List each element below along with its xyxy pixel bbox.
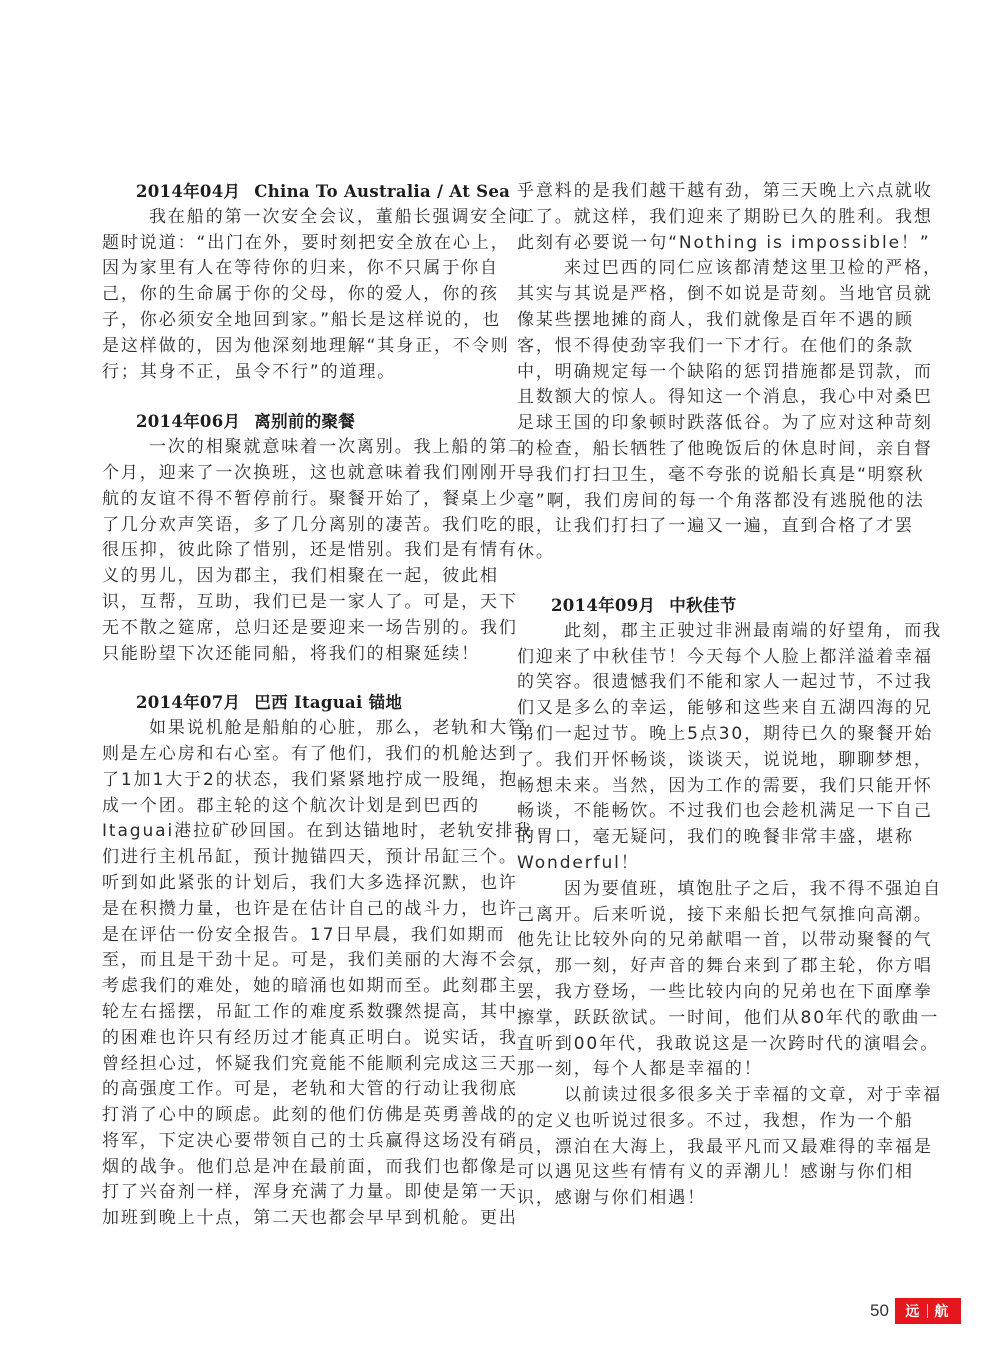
section-title: 巴西 Itaguai 锚地: [254, 693, 402, 712]
text-line: 听到如此紧张的计划后，我们大多选择沉默，也许: [102, 871, 482, 897]
text-line: 题时说道：“出门在外，要时刻把安全放在心上，: [102, 231, 482, 257]
section-title: 离别前的聚餐: [254, 412, 355, 431]
text-line: 乎意料的是我们越干越有劲，第三天晚上六点就收: [517, 179, 897, 205]
text-line: 工了。就这样，我们迎来了期盼已久的胜利。我想: [517, 205, 897, 231]
text-line: 至，而且是干劲十足。可是，我们美丽的大海不会: [102, 948, 482, 974]
text-line: 航的友谊不得不暂停前行。聚餐开始了，餐桌上少: [102, 487, 482, 513]
text-line: 了几分欢声笑语，多了几分离别的凄苦。我们吃的: [102, 513, 482, 539]
text-line: 识，互帮，互助，我们已是一家人了。可是，天下: [102, 590, 482, 616]
text-line: 以前读过很多很多关于幸福的文章，对于幸福: [517, 1083, 897, 1109]
text-line: 那一刻，每个人都是幸福的！: [517, 1057, 897, 1083]
section-heading: 2014年07月巴西 Itaguai 锚地: [102, 690, 482, 716]
text-line: 己离开。后来听说，接下来船长把气氛推向高潮。: [517, 903, 897, 929]
text-line: 员，漂泊在大海上，我最平凡而又最难得的幸福是: [517, 1135, 897, 1161]
text-line: 是这样做的，因为他深刻地理解“其身正，不令则: [102, 334, 482, 360]
text-line: Wonderful！: [517, 851, 897, 877]
text-line: 的高强度工作。可是，老轨和大管的行动让我彻底: [102, 1077, 482, 1103]
text-line: 直听到00年代，我敢说这是一次跨时代的演唱会。: [517, 1032, 897, 1058]
text-line: 的笑容。很遗憾我们不能和家人一起过节，不过我: [517, 670, 897, 696]
text-line: 眼，让我们打扫了一遍又一遍，直到合格了才罢: [517, 514, 897, 540]
text-line: 足球王国的印象顿时跌落低谷。为了应对这种苛刻: [517, 411, 897, 437]
brand-char-left: 远: [905, 1301, 921, 1321]
text-line: 的检查，船长牺牲了他晚饭后的休息时间，亲自督: [517, 437, 897, 463]
text-line: 轮左右摇摆，吊缸工作的难度系数骤然提高，其中: [102, 1000, 482, 1026]
brand-char-right: 航: [934, 1301, 950, 1321]
text-line: 如果说机舱是船舶的心脏，那么，老轨和大管: [102, 716, 482, 742]
section-date: 2014年04月: [136, 182, 240, 201]
section-gap: [517, 566, 897, 593]
text-line: 可以遇见这些有情有义的弄潮儿！感谢与你们相: [517, 1160, 897, 1186]
magazine-page: 2014年04月China To Australia / At Sea 我在船的…: [0, 0, 1001, 1359]
text-line: 很压抑，彼此除了惜别，还是惜别。我们是有情有: [102, 538, 482, 564]
text-line: 此刻有必要说一句“Nothing is impossible！”: [517, 231, 897, 257]
section-date: 2014年07月: [136, 693, 240, 712]
text-line: 因为家里有人在等待你的归来，你不只属于你自: [102, 256, 482, 282]
text-line: 的定义也听说过很多。不过，我想，作为一个船: [517, 1109, 897, 1135]
section-gap: [102, 667, 482, 690]
text-line: 将军，下定决心要带领自己的士兵赢得这场没有硝: [102, 1129, 482, 1155]
text-line: 们进行主机吊缸，预计抛锚四天，预计吊缸三个。: [102, 845, 482, 871]
text-line: 只能盼望下次还能同船，将我们的相聚延续！: [102, 642, 482, 668]
brand-divider: [927, 1304, 928, 1318]
text-line: 来过巴西的同仁应该都清楚这里卫检的严格，: [517, 256, 897, 282]
text-line: 打了兴奋剂一样，浑身充满了力量。即使是第一天: [102, 1180, 482, 1206]
text-line: 是在积攒力量，也许是在估计自己的战斗力，也许: [102, 897, 482, 923]
text-line: 此刻，郡主正驶过非洲最南端的好望角，而我: [517, 619, 897, 645]
right-column: 乎意料的是我们越干越有劲，第三天晚上六点就收 工了。就这样，我们迎来了期盼已久的…: [517, 179, 897, 1212]
text-line: 了1加1大于2的状态，我们紧紧地拧成一股绳，抱: [102, 768, 482, 794]
text-line: 因为要值班，填饱肚子之后，我不得不强迫自: [517, 877, 897, 903]
section-title: China To Australia / At Sea: [254, 182, 510, 201]
text-line: 其实与其说是严格，倒不如说是苛刻。当地官员就: [517, 282, 897, 308]
text-line: 客，恨不得使劲宰我们一下才行。在他们的条款: [517, 334, 897, 360]
text-line: 识，感谢与你们相遇！: [517, 1186, 897, 1212]
text-line: 无不散之筵席，总归还是要迎来一场告别的。我们: [102, 616, 482, 642]
section-date: 2014年09月: [551, 596, 655, 615]
text-line: 个月，迎来了一次换班，这也就意味着我们刚刚开: [102, 461, 482, 487]
text-line: 畅谈，不能畅饮。不过我们也会趁机满足一下自己: [517, 799, 897, 825]
text-line: 考虑我们的难处，她的暗涌也如期而至。此刻郡主: [102, 974, 482, 1000]
text-line: 子，你必须安全地回到家。”船长是这样说的，也: [102, 308, 482, 334]
text-line: 导我们打扫卫生，毫不夸张的说船长真是“明察秋: [517, 463, 897, 489]
section-heading: 2014年04月China To Australia / At Sea: [102, 179, 482, 205]
text-line: 且数额大的惊人。得知这一个消息，我心中对桑巴: [517, 385, 897, 411]
text-line: 加班到晚上十点，第二天也都会早早到机舱。更出: [102, 1206, 482, 1232]
text-line: 了。我们开怀畅谈，谈谈天，说说地，聊聊梦想，: [517, 748, 897, 774]
text-line: 我在船的第一次安全会议，董船长强调安全问: [102, 205, 482, 231]
text-line: 烟的战争。他们总是冲在最前面，而我们也都像是: [102, 1155, 482, 1181]
section-date: 2014年06月: [136, 412, 240, 431]
text-line: 打消了心中的顾虑。此刻的他们仿佛是英勇善战的: [102, 1103, 482, 1129]
section-gap: [102, 385, 482, 409]
text-line: 中，明确规定每一个缺陷的惩罚措施都是罚款，而: [517, 360, 897, 386]
text-line: 们又是多么的幸运，能够和这些来自五湖四海的兄: [517, 696, 897, 722]
text-line: 休。: [517, 540, 897, 566]
text-line: 们迎来了中秋佳节！今天每个人脸上都洋溢着幸福: [517, 645, 897, 671]
text-line: 弟们一起过节。晚上5点30，期待已久的聚餐开始: [517, 722, 897, 748]
text-line: 畅想未来。当然，因为工作的需要，我们只能开怀: [517, 774, 897, 800]
text-line: 毫”啊，我们房间的每一个角落都没有逃脱他的法: [517, 489, 897, 515]
text-line: 的胃口，毫无疑问，我们的晚餐非常丰盛，堪称: [517, 825, 897, 851]
section-heading: 2014年06月离别前的聚餐: [102, 409, 482, 435]
text-line: 曾经担心过，怀疑我们究竟能不能顺利完成这三天: [102, 1052, 482, 1078]
text-line: 己，你的生命属于你的父母，你的爱人，你的孩: [102, 282, 482, 308]
text-line: 氛，那一刻，好声音的舞台来到了郡主轮，你方唱: [517, 954, 897, 980]
text-line: Itaguai港拉矿砂回国。在到达锚地时，老轨安排我: [102, 819, 482, 845]
page-number: 50: [870, 1301, 889, 1321]
section-heading: 2014年09月中秋佳节: [517, 593, 897, 619]
text-line: 则是左心房和右心室。有了他们，我们的机舱达到: [102, 742, 482, 768]
text-line: 像某些摆地摊的商人，我们就像是百年不遇的顾: [517, 308, 897, 334]
left-column: 2014年04月China To Australia / At Sea 我在船的…: [102, 179, 482, 1232]
text-line: 擦掌，跃跃欲试。一时间，他们从80年代的歌曲一: [517, 1006, 897, 1032]
page-footer: 50 远 航: [870, 1298, 961, 1324]
text-line: 是在评估一份安全报告。17日早晨，我们如期而: [102, 923, 482, 949]
text-line: 行；其身不正，虽令不行”的道理。: [102, 360, 482, 386]
text-line: 义的男儿，因为郡主，我们相聚在一起，彼此相: [102, 564, 482, 590]
magazine-brand-logo: 远 航: [895, 1298, 961, 1324]
section-title: 中秋佳节: [669, 596, 736, 615]
text-line: 的困难也许只有经历过才能真正明白。说实话，我: [102, 1026, 482, 1052]
text-line: 成一个团。郡主轮的这个航次计划是到巴西的: [102, 794, 482, 820]
text-line: 罢，我方登场，一些比较内向的兄弟也在下面摩拳: [517, 980, 897, 1006]
text-line: 他先让比较外向的兄弟献唱一首，以带动聚餐的气: [517, 928, 897, 954]
text-line: 一次的相聚就意味着一次离别。我上船的第二: [102, 435, 482, 461]
